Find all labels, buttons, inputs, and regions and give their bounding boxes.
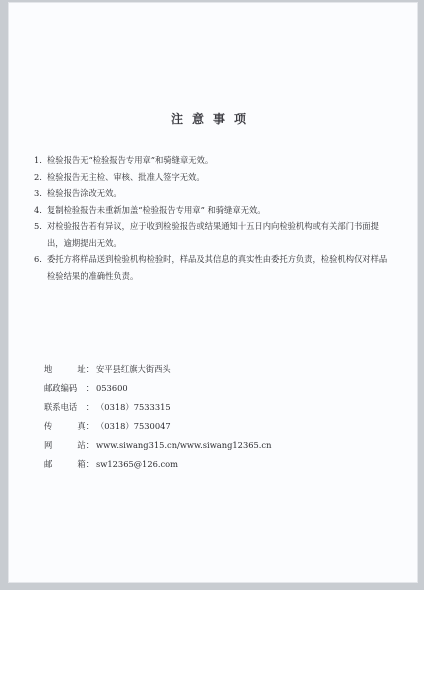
contact-label: 网站：	[44, 436, 94, 455]
list-item: 3. 检验报告涂改无效。	[34, 185, 394, 202]
note-text: 对检验报告若有异议，应于收到检验报告或结果通知十五日内向检验机构或有关部门书面提…	[47, 218, 394, 251]
contact-label: 邮箱：	[44, 455, 94, 474]
note-text: 委托方将样品送到检验机构检验时，样品及其信息的真实性由委托方负责，检验机构仅对样…	[47, 251, 394, 284]
contact-label: 传真：	[44, 417, 94, 436]
contact-row-website: 网站： www.siwang315.cn/www.siwang12365.cn	[44, 436, 271, 455]
document-page: 注意事项 1. 检验报告无“检验报告专用章”和骑缝章无效。 2. 检验报告无主检…	[8, 2, 418, 583]
contact-row-address: 地址： 安平县红旗大街西头	[44, 360, 271, 379]
contact-row-fax: 传真： （0318）7530047	[44, 417, 271, 436]
contact-info: 地址： 安平县红旗大街西头 邮政编码： 053600 联系电话： （0318）7…	[44, 360, 271, 474]
contact-row-postcode: 邮政编码： 053600	[44, 379, 271, 398]
page-title: 注意事项	[8, 110, 418, 127]
contact-label: 地址：	[44, 360, 94, 379]
list-item: 5. 对检验报告若有异议，应于收到检验报告或结果通知十五日内向检验机构或有关部门…	[34, 218, 394, 251]
note-number: 6.	[34, 251, 47, 284]
email-value: sw12365@126.com	[96, 455, 178, 474]
note-number: 4.	[34, 202, 47, 219]
contact-label: 联系电话：	[44, 398, 94, 417]
note-number: 3.	[34, 185, 47, 202]
scanned-page-background: 注意事项 1. 检验报告无“检验报告专用章”和骑缝章无效。 2. 检验报告无主检…	[0, 0, 424, 590]
list-item: 4. 复制检验报告未重新加盖“检验报告专用章” 和骑缝章无效。	[34, 202, 394, 219]
note-number: 5.	[34, 218, 47, 251]
note-number: 2.	[34, 169, 47, 186]
note-text: 检验报告涂改无效。	[47, 185, 394, 202]
address-value: 安平县红旗大街西头	[96, 360, 171, 379]
list-item: 1. 检验报告无“检验报告专用章”和骑缝章无效。	[34, 152, 394, 169]
contact-row-email: 邮箱： sw12365@126.com	[44, 455, 271, 474]
fax-value: （0318）7530047	[96, 417, 171, 436]
note-number: 1.	[34, 152, 47, 169]
list-item: 2. 检验报告无主检、审核、批准人签字无效。	[34, 169, 394, 186]
note-text: 检验报告无主检、审核、批准人签字无效。	[47, 169, 394, 186]
phone-value: （0318）7533315	[96, 398, 171, 417]
postcode-value: 053600	[96, 379, 128, 398]
contact-row-phone: 联系电话： （0318）7533315	[44, 398, 271, 417]
website-value: www.siwang315.cn/www.siwang12365.cn	[96, 436, 271, 455]
notes-list: 1. 检验报告无“检验报告专用章”和骑缝章无效。 2. 检验报告无主检、审核、批…	[34, 152, 394, 284]
note-text: 复制检验报告未重新加盖“检验报告专用章” 和骑缝章无效。	[47, 202, 394, 219]
contact-label: 邮政编码：	[44, 379, 94, 398]
note-text: 检验报告无“检验报告专用章”和骑缝章无效。	[47, 152, 394, 169]
list-item: 6. 委托方将样品送到检验机构检验时，样品及其信息的真实性由委托方负责，检验机构…	[34, 251, 394, 284]
